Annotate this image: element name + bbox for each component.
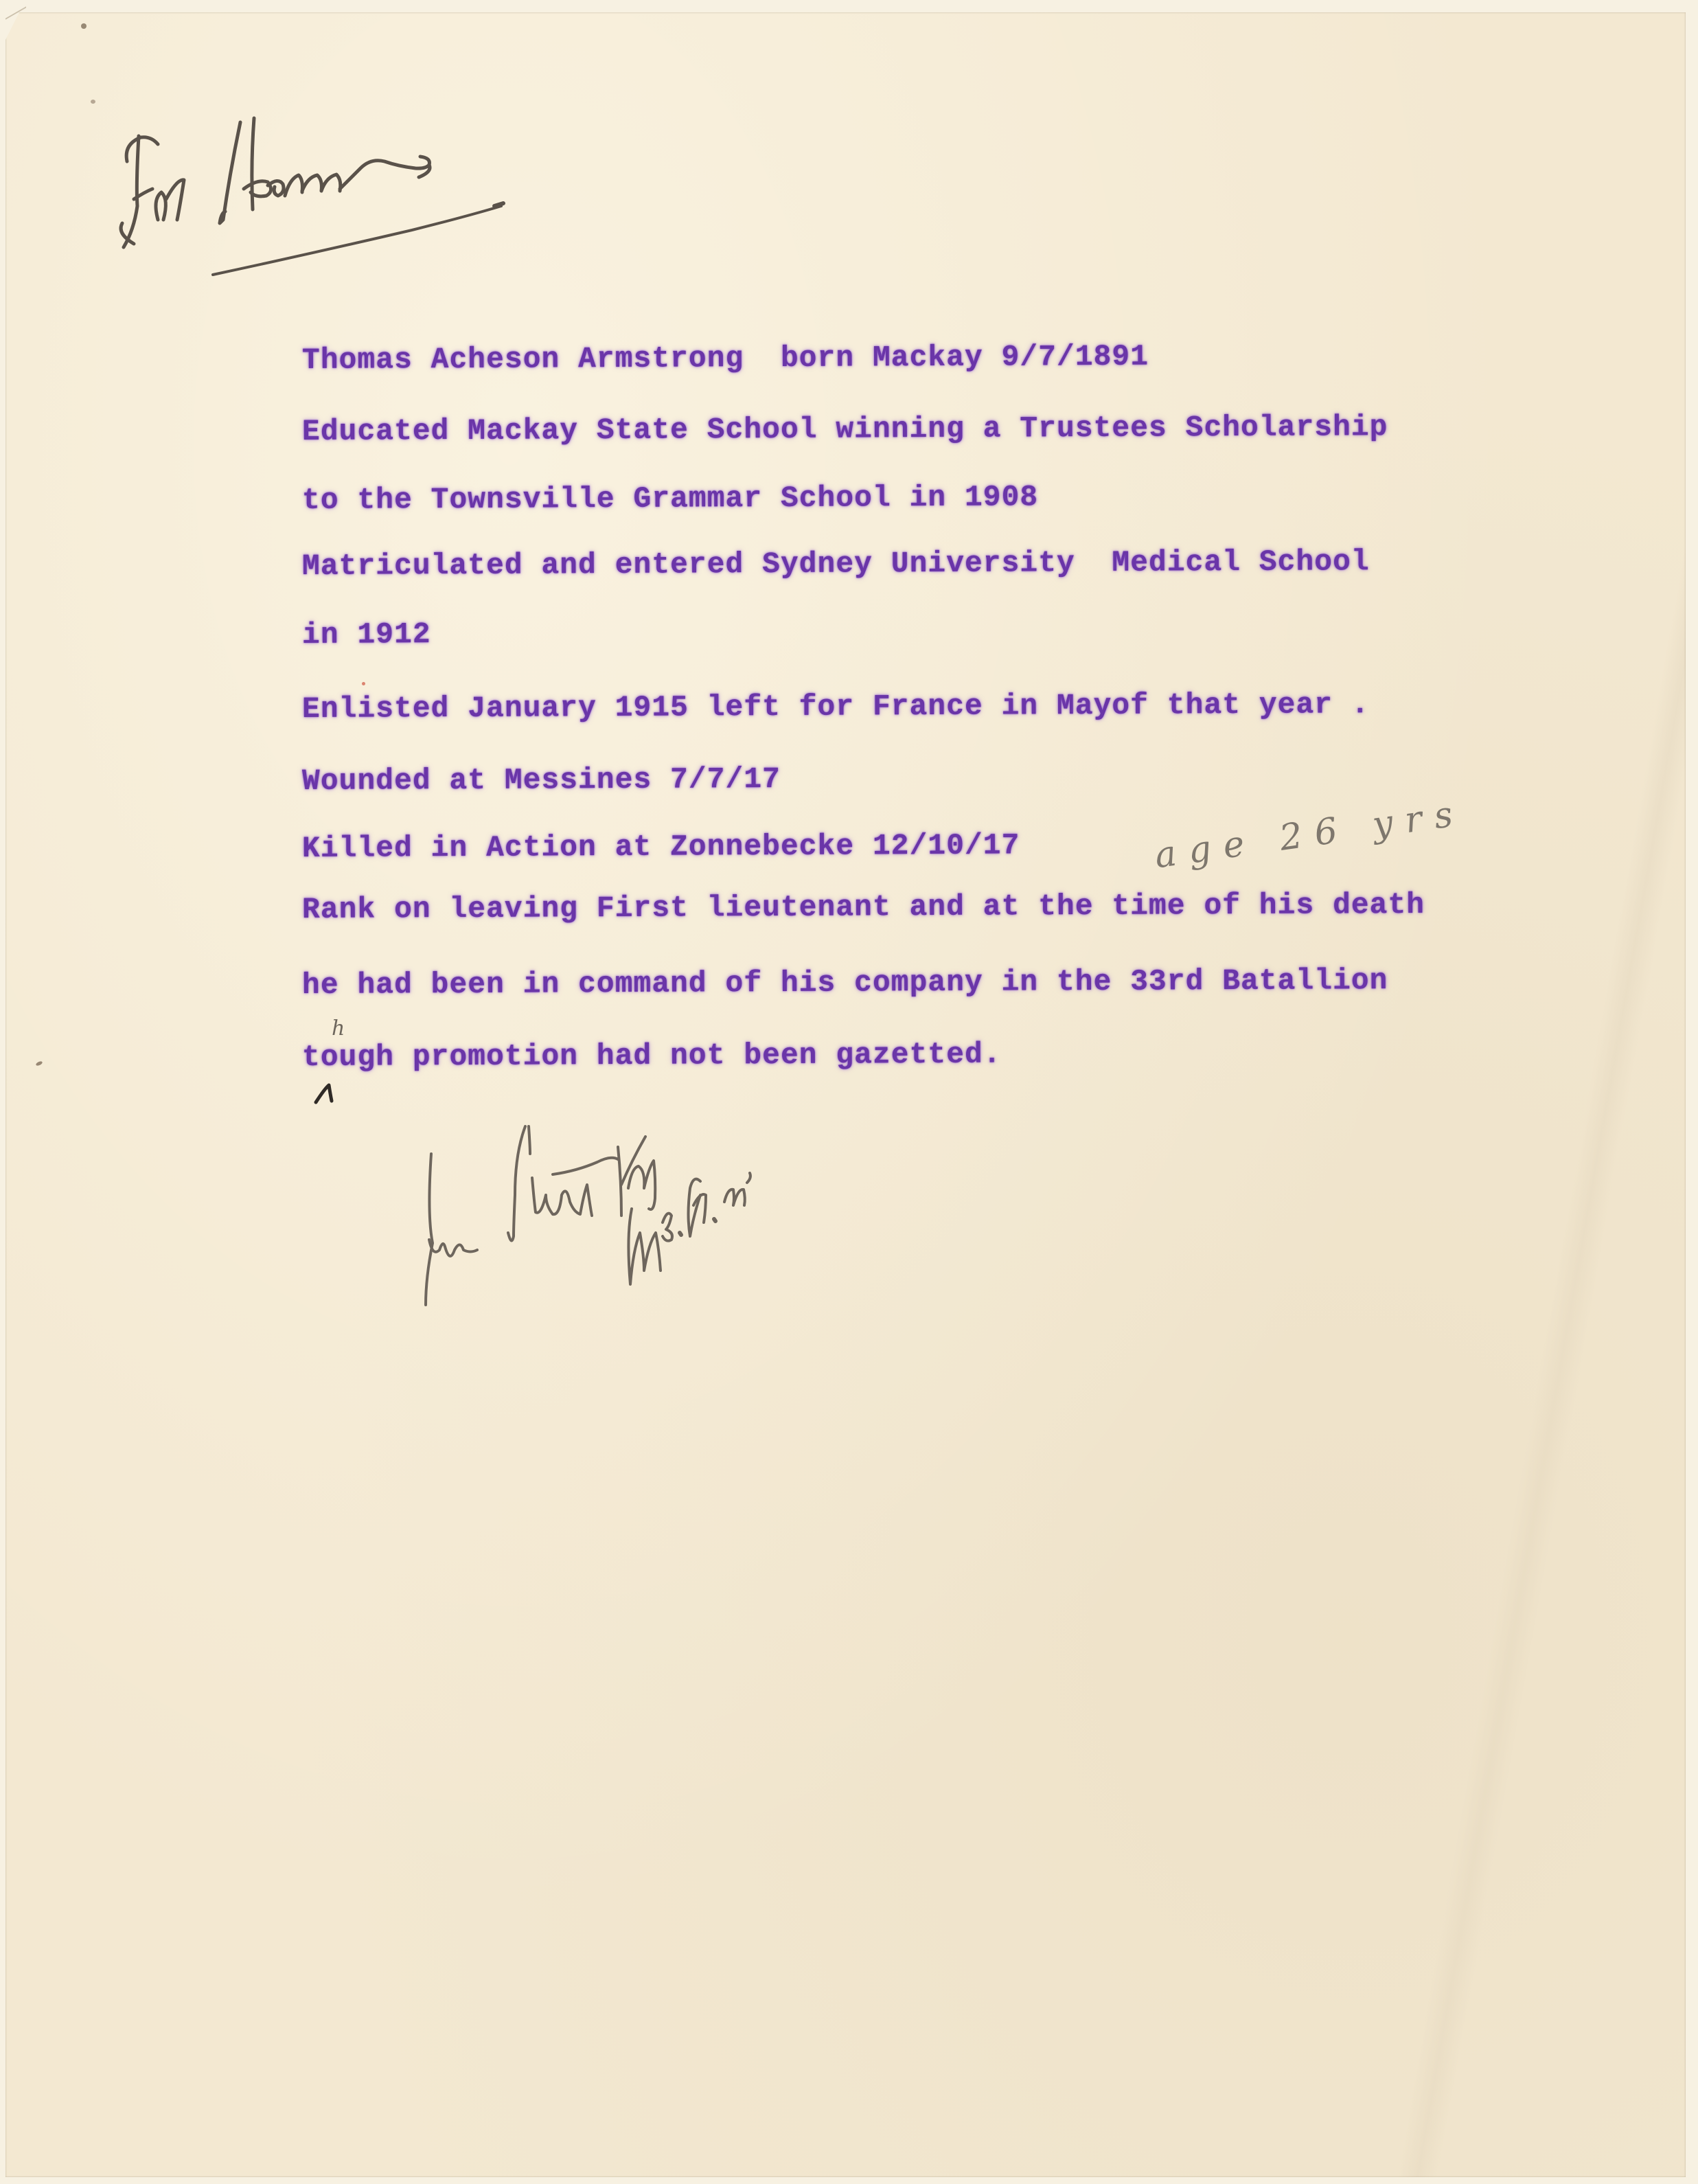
document-page [5, 12, 1686, 2177]
typed-line-education: Educated Mackay State School winning a T… [302, 412, 1388, 446]
insert-caret-icon [312, 1082, 340, 1109]
typed-line-university-year: in 1912 [302, 619, 431, 650]
paper-speck [91, 100, 95, 104]
typed-line-rank: Rank on leaving First lieutenant and at … [302, 890, 1425, 924]
handwritten-insert-letter: h [332, 1016, 345, 1040]
typed-line-killed: Killed in Action at Zonnebecke 12/10/17 [302, 830, 1020, 863]
typed-line-grammar-school: to the Townsville Grammar School in 1908 [302, 482, 1038, 515]
typed-line-command: he had been in command of his company in… [302, 966, 1388, 1000]
paper-speck [81, 23, 87, 29]
typed-line-wounded: Wounded at Messines 7/7/17 [302, 764, 781, 796]
typed-line-enlistment: Enlisted January 1915 left for France in… [302, 690, 1370, 724]
paper-speck [362, 682, 365, 685]
typed-line-matriculation: Matriculated and entered Sydney Universi… [302, 547, 1370, 581]
signature: from Stuart Kay [412, 1113, 1476, 1319]
typed-line-birth: Thomas Acheson Armstrong born Mackay 9/7… [302, 342, 1149, 375]
handwritten-header-note: For Hermes [103, 103, 721, 309]
typed-line-promotion: tough promotion had not been gazetted. [302, 1040, 1002, 1072]
